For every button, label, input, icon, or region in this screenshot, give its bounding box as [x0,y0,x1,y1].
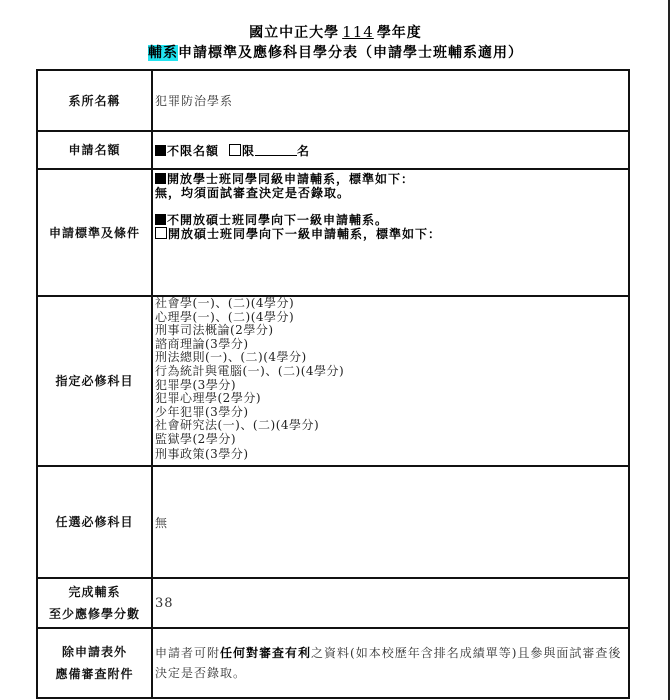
subtitle-text: 申請標準及應修科目學分表（申請學士班輔系適用） [178,45,523,61]
criteria-text: 開放碩士班同學向下一級申請輔系，標準如下： [168,227,441,241]
row-attachments: 除申請表外 應備審查附件 申請者可附任何對審查有利之資料(如本校歷年含排名成績單… [37,628,629,698]
course-item: 犯罪心理學(2學分) [155,392,628,406]
document-title: 國立中正大學114學年度 [0,22,671,42]
value-criteria: 開放學士班同學同級申請輔系，標準如下： 無，均須面試審查決定是否錄取。 不開放碩… [152,169,629,296]
label-quota: 申請名額 [37,131,152,169]
page-edge-line [668,0,670,700]
row-department: 系所名稱 犯罪防治學系 [37,70,629,131]
label-elective-courses: 任選必修科目 [37,466,152,578]
checkbox-checked-icon[interactable] [155,214,166,225]
value-department: 犯罪防治學系 [152,70,629,131]
criteria-item: 不開放碩士班同學向下一級申請輔系。 [155,213,628,227]
label-line: 至少應修學分數 [38,603,151,625]
course-item: 監獄學(2學分) [155,433,628,447]
checkbox-unchecked-icon[interactable] [155,227,167,239]
value-attachments: 申請者可附任何對審查有利之資料(如本校歷年含排名成績單等)且參與面試審查後決定是… [152,628,629,698]
row-elective-courses: 任選必修科目 無 [37,466,629,578]
checkbox-unchecked-icon[interactable] [229,144,241,156]
title-suffix: 學年度 [377,25,422,41]
value-min-credits: 38 [152,578,629,628]
option-limited-prefix: 限 [242,144,255,158]
attach-text: 申請者可附 [155,646,220,660]
criteria-item: 開放學士班同學同級申請輔系，標準如下： [155,172,628,186]
course-item: 刑事司法概論(2學分) [155,324,628,338]
option-limited-suffix: 名 [297,144,310,158]
attach-emphasis: 任何對審查有利 [220,646,311,660]
document-subtitle: 輔系申請標準及應修科目學分表（申請學士班輔系適用） [0,42,671,62]
value-quota: 不限名額限名 [152,131,629,169]
checkbox-checked-icon[interactable] [155,173,166,184]
criteria-detail: 無，均須面試審查決定是否錄取。 [155,186,628,200]
course-item: 刑法總則(一)、(二)(4學分) [155,351,628,365]
criteria-text: 不開放碩士班同學向下一級申請輔系。 [167,213,388,227]
value-required-courses: 社會學(一)、(二)(4學分) 心理學(一)、(二)(4學分) 刑事司法概論(2… [152,296,629,466]
course-item: 行為統計與電腦(一)、(二)(4學分) [155,365,628,379]
course-item: 社會研究法(一)、(二)(4學分) [155,419,628,433]
label-min-credits: 完成輔系 至少應修學分數 [37,578,152,628]
label-line: 完成輔系 [38,581,151,603]
course-list: 社會學(一)、(二)(4學分) 心理學(一)、(二)(4學分) 刑事司法概論(2… [155,297,628,461]
label-line: 應備審查附件 [38,663,151,685]
label-required-courses: 指定必修科目 [37,296,152,466]
row-criteria: 申請標準及條件 開放學士班同學同級申請輔系，標準如下： 無，均須面試審查決定是否… [37,169,629,296]
row-required-courses: 指定必修科目 社會學(一)、(二)(4學分) 心理學(一)、(二)(4學分) 刑… [37,296,629,466]
application-form-table: 系所名稱 犯罪防治學系 申請名額 不限名額限名 申請標準及條件 開放學士班同學同… [36,69,630,699]
quota-blank-field[interactable] [255,144,297,156]
criteria-item: 開放碩士班同學向下一級申請輔系，標準如下： [155,227,628,241]
academic-year: 114 [339,23,377,41]
label-criteria: 申請標準及條件 [37,169,152,296]
checkbox-checked-icon[interactable] [155,145,166,156]
row-min-credits: 完成輔系 至少應修學分數 38 [37,578,629,628]
row-quota: 申請名額 不限名額限名 [37,131,629,169]
course-item: 社會學(一)、(二)(4學分) [155,297,628,311]
label-attachments: 除申請表外 應備審查附件 [37,628,152,698]
label-line: 除申請表外 [38,641,151,663]
course-item: 刑事政策(3學分) [155,448,628,462]
title-prefix: 國立中正大學 [249,25,339,41]
option-unlimited: 不限名額 [167,144,219,158]
label-department: 系所名稱 [37,70,152,131]
value-elective-courses: 無 [152,466,629,578]
highlighted-term: 輔系 [148,45,178,61]
criteria-text: 開放學士班同學同級申請輔系，標準如下： [167,172,414,186]
